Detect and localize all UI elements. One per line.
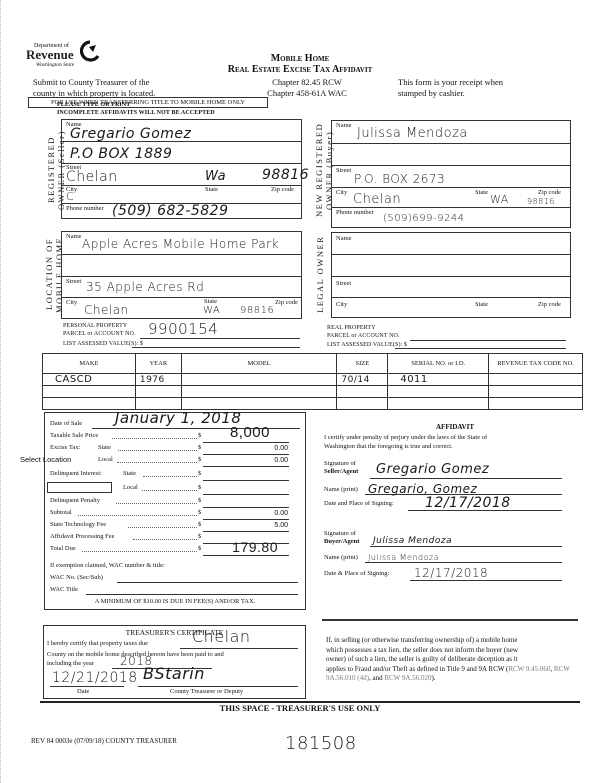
form-title-line2: Real Estate Excise Tax Affidavit	[0, 64, 600, 75]
legal-owner-zip-label: Zip code	[538, 301, 561, 308]
location-state-label: State	[204, 298, 217, 305]
treasurer-use-only-label: THIS SPACE - TREASURER'S USE ONLY	[0, 703, 600, 713]
seller-label-1: REGISTERED	[46, 137, 56, 204]
location-name-label: Name	[66, 233, 82, 240]
seller-signature-field[interactable]: Gregario Gomez	[376, 462, 489, 477]
col-serial: SERIAL NO. or I.D.	[388, 354, 489, 374]
incomplete-warning: INCOMPLETE AFFIDAVITS WILL NOT BE ACCEPT…	[57, 110, 215, 116]
dollar-sign: $	[198, 444, 201, 451]
seller-phone-field[interactable]: (509) 682-5829	[112, 203, 229, 219]
di-local-label: Local	[123, 484, 138, 491]
taxable-price-label: Taxable Sale Price	[50, 432, 98, 439]
seller-street-field[interactable]: Chelan	[66, 169, 118, 185]
dollar-sign: $	[198, 432, 201, 439]
buyer-sig-label-1: Signature of	[324, 530, 356, 537]
location-label-1: LOCATION OF	[44, 239, 54, 311]
affidavit-text-2: Washington that the foregoing is true an…	[324, 443, 453, 450]
delinquent-interest-local-row: Local $	[50, 484, 290, 496]
tax-code-cell[interactable]	[489, 386, 583, 398]
model-cell[interactable]	[181, 374, 337, 386]
col-tax-code: REVENUE TAX CODE NO.	[489, 354, 583, 374]
mobile-home-table: MAKE YEAR MODEL SIZE SERIAL NO. or I.D. …	[42, 353, 583, 410]
tech-fee-row: State Technology Fee $ 5.00	[50, 521, 290, 533]
seller-date-label: Date and Place of Signing:	[324, 500, 394, 507]
treasurer-certificate-title: TREASURER'S CERTIFICATE	[43, 628, 306, 637]
buyer-signature-field[interactable]: Julissa Mendoza	[373, 536, 452, 546]
make-cell[interactable]: CASCD	[43, 374, 136, 386]
tech-fee-label: State Technology Fee	[50, 521, 106, 528]
processing-fee-label: Affidavit Processing Fee	[50, 533, 115, 540]
legal-owner-section-label: LEGAL OWNER	[315, 232, 325, 317]
excise-state-field[interactable]: 0.00	[274, 445, 288, 452]
excise-state-row: Excise Tax: State $ 0.00	[50, 444, 290, 456]
type-or-print-note: PLEASE TYPE OR PRINT	[57, 102, 130, 108]
form-id: REV 84 0003e (07/09/18) COUNTY TREASURER	[31, 737, 177, 745]
wac-title-label: WAC Title	[50, 586, 78, 593]
total-due-label: Total Due	[50, 545, 76, 552]
tax-code-cell[interactable]	[489, 398, 583, 410]
date-of-sale-field[interactable]: January 1, 2018	[115, 409, 241, 427]
buyer-print-name-field[interactable]: Julissa Mendoza	[368, 553, 439, 562]
seller-phone-label: Phone number	[66, 205, 104, 212]
buyer-state-field[interactable]: WA	[490, 193, 509, 206]
make-cell[interactable]	[43, 398, 136, 410]
make-cell[interactable]	[43, 386, 136, 398]
col-year: YEAR	[135, 354, 181, 374]
buyer-name-label: Name	[336, 122, 352, 129]
location-city-field[interactable]: Chelan	[84, 303, 129, 317]
size-cell[interactable]	[337, 386, 388, 398]
seller-zip-label: Zip code	[271, 186, 294, 193]
treasurer-line3: including the year	[47, 660, 94, 667]
size-cell[interactable]: 70/14	[337, 374, 388, 386]
table-header-row: MAKE YEAR MODEL SIZE SERIAL NO. or I.D. …	[43, 354, 583, 374]
buyer-city-label: City	[336, 189, 347, 196]
seller-sig-label-1: Signature of	[324, 460, 356, 467]
wac-no-label: WAC No. (Sec/Sub)	[50, 574, 103, 581]
total-due-row: Total Due $ 179.80	[50, 545, 290, 557]
receipt-note-1: This form is your receipt when	[398, 77, 503, 87]
affidavit-title: AFFIDAVIT	[310, 423, 600, 431]
dollar-sign: $	[198, 470, 201, 477]
buyer-label-1: NEW REGISTERED	[314, 123, 324, 217]
buyer-name-field[interactable]: Julissa Mendoza	[357, 126, 468, 141]
delinquent-interest-state-row: Delinquent Interest: State $	[50, 470, 290, 482]
table-row	[43, 398, 583, 410]
seller-address-line2-field[interactable]: P.O BOX 1889	[70, 146, 172, 162]
taxable-price-field[interactable]: 8,000	[230, 424, 270, 441]
location-city-label: City	[66, 299, 77, 306]
affidavit-text-1: I certify under penalty of perjury under…	[324, 434, 487, 441]
receipt-number: 181508	[285, 733, 357, 754]
rcw-link-9a-56-020[interactable]: RCW 9A.56.020	[384, 674, 431, 682]
buyer-state-label: State	[475, 189, 488, 196]
legal-owner-box	[331, 232, 571, 318]
total-due-field[interactable]: 179.80	[232, 539, 278, 555]
legal-owner-street-label: Street	[336, 280, 351, 287]
seller-city-field[interactable]: C	[66, 190, 74, 203]
dollar-sign: $	[198, 456, 201, 463]
tax-code-cell[interactable]	[489, 374, 583, 386]
seller-print-name-label: Name (print)	[324, 486, 358, 493]
location-street-field[interactable]: 35 Apple Acres Rd	[86, 280, 204, 294]
excise-local-field[interactable]: 0.00	[274, 457, 288, 464]
personal-parcel-field[interactable]: 9900154	[148, 320, 218, 338]
submit-note-1: Submit to County Treasurer of the	[33, 77, 149, 87]
separator: ).	[431, 674, 435, 682]
buyer-street-field[interactable]: P.O. BOX 2673	[354, 172, 445, 186]
real-parcel-label-2: PARCEL or ACCOUNT NO.	[327, 333, 400, 339]
model-cell[interactable]	[181, 398, 337, 410]
treasurer-signature-field[interactable]: BStarin	[143, 664, 205, 683]
treasurer-county-field[interactable]: Chelan	[192, 627, 251, 646]
buyer-street-label: Street	[336, 167, 351, 174]
seller-sig-label-2: Seller/Agent	[324, 468, 358, 475]
col-model: MODEL	[181, 354, 337, 374]
serial-cell[interactable]: 4011	[388, 374, 489, 386]
minimum-due-note: A MINIMUM OF $10.00 IS DUE IN FEE(S) AND…	[44, 598, 306, 605]
personal-parcel-label-1: PERSONAL PROPERTY	[63, 323, 127, 329]
buyer-print-name-label: Name (print)	[324, 554, 358, 561]
excise-state-label: State	[98, 444, 111, 451]
table-row	[43, 386, 583, 398]
treasurer-date-field[interactable]: 12/21/2018	[52, 670, 138, 686]
chapter-wac: Chapter 458-61A WAC	[255, 88, 359, 98]
legal-owner-state-label: State	[475, 301, 488, 308]
dollar-sign: $	[198, 545, 201, 552]
lien-notice-line: owner) of such a lien, the seller is gui…	[326, 655, 596, 665]
treasurer-date-label: Date	[77, 688, 89, 695]
lien-notice-line: If, in selling (or otherwise transferrin…	[326, 636, 596, 646]
buyer-city-field[interactable]: Chelan	[353, 192, 401, 207]
seller-date-field[interactable]: 12/17/2018	[425, 495, 511, 511]
location-zip-field[interactable]: 98816	[240, 305, 274, 316]
serial-cell[interactable]	[388, 386, 489, 398]
lien-notice-line: applies to Fraud and/or Theft as defined…	[326, 665, 508, 673]
col-make: MAKE	[43, 354, 136, 374]
personal-parcel-label-2: PARCEL or ACCOUNT NO.	[63, 331, 136, 337]
chapter-rcw: Chapter 82.45 RCW	[262, 77, 352, 87]
size-cell[interactable]	[337, 398, 388, 410]
rcw-link-9-45-060[interactable]: RCW 9.45.060	[508, 665, 550, 673]
exemption-label: If exemption claimed, WAC number & title…	[50, 562, 165, 569]
excise-local-label: Local	[98, 456, 113, 463]
year-cell[interactable]	[135, 398, 181, 410]
lien-notice: If, in selling (or otherwise transferrin…	[326, 636, 596, 684]
dollar-sign: $	[198, 509, 201, 516]
treasurer-sig-label: County Treasurer or Deputy	[170, 688, 243, 695]
table-row: CASCD 1976 70/14 4011	[43, 374, 583, 386]
legal-owner-city-label: City	[336, 301, 347, 308]
dollar-sign: $	[198, 533, 201, 540]
subtotal-field[interactable]: 0.00	[274, 510, 288, 517]
subtotal-row: Subtotal $ 0.00	[50, 509, 290, 521]
treasurer-line1: I hereby certify that property taxes due	[47, 640, 148, 647]
receipt-note-2: stamped by cashier.	[398, 88, 465, 98]
seller-print-name-field[interactable]: Gregario, Gomez	[368, 482, 477, 496]
delinquent-interest-label: Delinquent Interest:	[50, 470, 102, 477]
real-parcel-label-1: REAL PROPERTY	[327, 325, 376, 331]
year-cell[interactable]: 1976	[135, 374, 181, 386]
buyer-zip-label: Zip code	[538, 189, 561, 196]
location-street-label: Street	[66, 278, 81, 285]
dollar-sign: $	[198, 521, 201, 528]
seller-name-field[interactable]: Gregario Gomez	[70, 126, 191, 142]
date-of-sale-label: Date of Sale	[50, 420, 82, 427]
year-cell[interactable]	[135, 386, 181, 398]
scan-edge	[0, 0, 2, 783]
seller-state-label: State	[205, 186, 218, 193]
serial-cell[interactable]	[388, 398, 489, 410]
buyer-date-field[interactable]: 12/17/2018	[414, 566, 488, 580]
dollar-sign: $	[198, 484, 201, 491]
seller-zip-inline[interactable]: 98816	[262, 167, 309, 183]
excise-tax-label: Excise Tax:	[50, 444, 80, 451]
model-cell[interactable]	[181, 386, 337, 398]
location-name-field[interactable]: Apple Acres Mobile Home Park	[82, 237, 279, 251]
delinquent-penalty-row: Delinquent Penalty $	[50, 497, 290, 509]
seller-state-inline[interactable]: Wa	[205, 169, 226, 184]
delinquent-penalty-label: Delinquent Penalty	[50, 497, 100, 504]
excise-local-row: Local $ 0.00	[50, 456, 290, 468]
buyer-sig-label-2: Buyer/Agent	[324, 538, 359, 545]
buyer-phone-field[interactable]: (509)699-9244	[383, 213, 465, 224]
form-title-line1: Mobile Home	[0, 53, 600, 64]
legal-owner-name-label: Name	[336, 235, 352, 242]
location-state-field[interactable]: WA	[203, 305, 220, 316]
col-size: SIZE	[337, 354, 388, 374]
buyer-phone-label: Phone number	[336, 209, 374, 216]
lien-notice-line: which possesses a tax lien, the seller d…	[326, 646, 596, 656]
buyer-zip-field[interactable]: 98816	[527, 197, 555, 206]
tech-fee-field[interactable]: 5.00	[274, 522, 288, 529]
di-state-label: State	[123, 470, 136, 477]
dollar-sign: $	[198, 497, 201, 504]
buyer-date-label: Date & Place of Signing:	[324, 570, 389, 577]
separator: , and	[369, 674, 384, 682]
taxable-price-row: Taxable Sale Price $ 8,000	[50, 432, 290, 444]
subtotal-label: Subtotal	[50, 509, 72, 516]
location-zip-label: Zip code	[275, 299, 298, 306]
